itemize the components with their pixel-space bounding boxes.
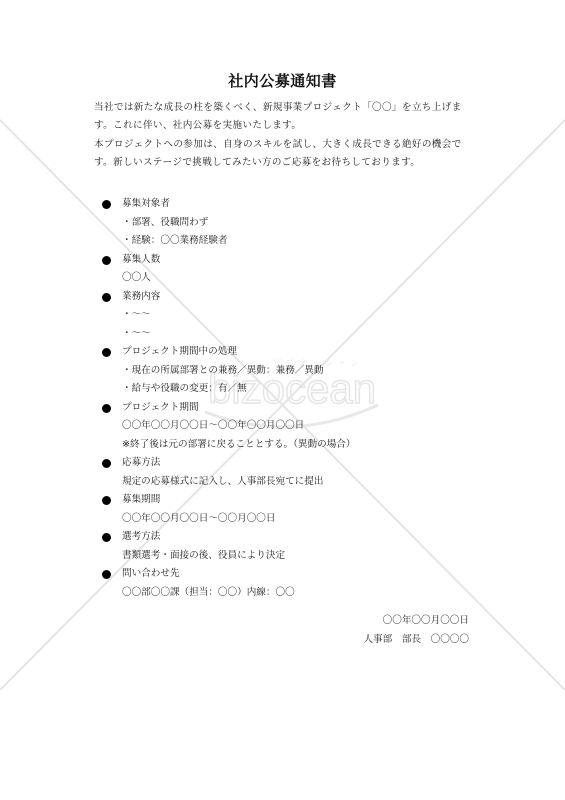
section-heading: 募集対象者 [122, 198, 170, 209]
section-project-period: プロジェクト期間 〇〇年〇〇月〇〇日〜〇〇年〇〇月〇〇日 ※終了後は元の部署に戻… [100, 399, 480, 455]
section-list: 募集対象者 ・部署、役職問わず ・経験：〇〇業務経験者 募集人数 〇〇人 業務内… [100, 195, 480, 602]
intro-paragraph: 当社では新たな成長の柱を築くべく、新規事業プロジェクト「〇〇」を立ち上げます。こ… [94, 99, 474, 136]
section-line: 〇〇年〇〇月〇〇日〜〇〇月〇〇日 [100, 510, 480, 529]
section-line: ・部署、役職問わず [100, 214, 480, 233]
section-line: 〇〇年〇〇月〇〇日〜〇〇年〇〇月〇〇日 [100, 417, 480, 436]
section-line: 〇〇人 [100, 269, 480, 288]
section-line: ※終了後は元の部署に戻ることとする。（異動の場合） [100, 436, 480, 455]
intro-text: 当社では新たな成長の柱を築くべく、新規事業プロジェクト「〇〇」を立ち上げます。こ… [94, 99, 474, 172]
section-line: ・給与や役職の変更：有／無 [100, 380, 480, 399]
bullet-icon [102, 459, 111, 468]
section-line: 〇〇部〇〇課（担当：〇〇）内線：〇〇 [100, 584, 480, 603]
section-heading: 問い合わせ先 [122, 568, 180, 579]
section-recruitment-period: 募集期間 〇〇年〇〇月〇〇日〜〇〇月〇〇日 [100, 491, 480, 528]
bullet-icon [102, 404, 111, 413]
document-title: 社内公募通知書 [0, 70, 565, 91]
section-line: 規定の応募様式に記入し、人事部長宛てに提出 [100, 473, 480, 492]
section-heading: プロジェクト期間中の処理 [122, 346, 237, 357]
bullet-icon [102, 293, 111, 302]
section-heading: 業務内容 [122, 291, 160, 302]
section-handling: プロジェクト期間中の処理 ・現在の所属部署との兼務／異動：兼務／異動 ・給与や役… [100, 343, 480, 399]
section-duties: 業務内容 ・〜〜 ・〜〜 [100, 288, 480, 344]
section-contact: 問い合わせ先 〇〇部〇〇課（担当：〇〇）内線：〇〇 [100, 565, 480, 602]
bullet-icon [102, 348, 111, 357]
section-eligibility: 募集対象者 ・部署、役職問わず ・経験：〇〇業務経験者 [100, 195, 480, 251]
bullet-icon [102, 570, 111, 579]
bullet-icon [102, 496, 111, 505]
section-line: ・〜〜 [100, 325, 480, 344]
section-line: 書類選考・面接の後、役員により決定 [100, 547, 480, 566]
closing-signer: 人事部 部長 〇〇〇〇 [363, 631, 469, 650]
bullet-icon [102, 256, 111, 265]
section-headcount: 募集人数 〇〇人 [100, 251, 480, 288]
section-heading: 募集人数 [122, 254, 160, 265]
section-heading: 選考方法 [122, 531, 160, 542]
closing-block: 〇〇年〇〇月〇〇日 人事部 部長 〇〇〇〇 [363, 612, 469, 649]
section-heading: 募集期間 [122, 494, 160, 505]
section-heading: 応募方法 [122, 457, 160, 468]
intro-paragraph: 本プロジェクトへの参加は、自身のスキルを試し、大きく成長できる絶好の機会です。新… [94, 136, 474, 173]
closing-date: 〇〇年〇〇月〇〇日 [363, 612, 469, 631]
bullet-icon [102, 200, 111, 209]
section-selection-method: 選考方法 書類選考・面接の後、役員により決定 [100, 528, 480, 565]
section-heading: プロジェクト期間 [122, 402, 199, 413]
bullet-icon [102, 533, 111, 542]
section-application-method: 応募方法 規定の応募様式に記入し、人事部長宛てに提出 [100, 454, 480, 491]
document-page: 社内公募通知書 当社では新たな成長の柱を築くべく、新規事業プロジェクト「〇〇」を… [0, 0, 565, 800]
section-line: ・現在の所属部署との兼務／異動：兼務／異動 [100, 362, 480, 381]
section-line: ・〜〜 [100, 306, 480, 325]
section-line: ・経験：〇〇業務経験者 [100, 232, 480, 251]
